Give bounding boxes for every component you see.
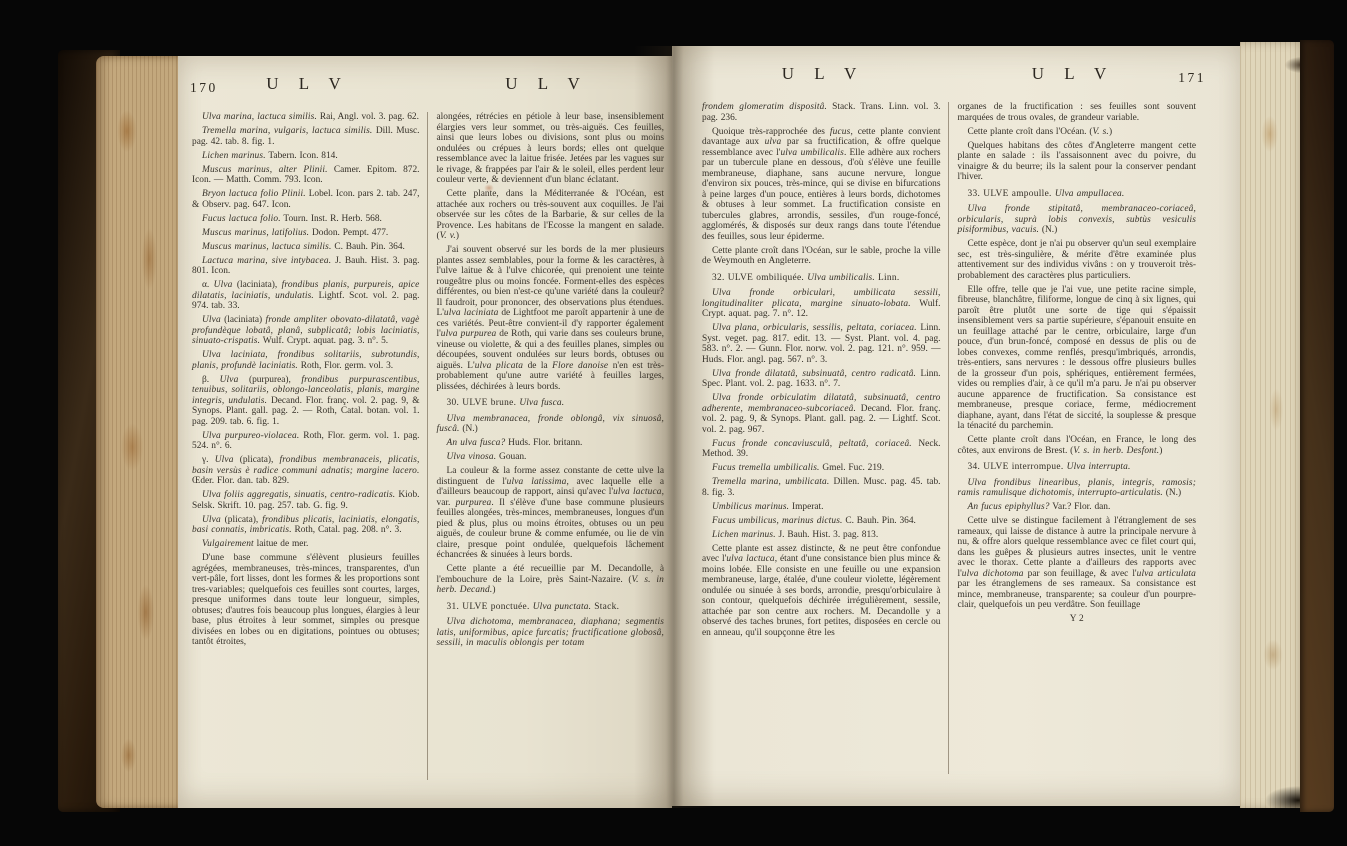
text-entry: Ulva laciniata, frondibus solitariis, su… (192, 350, 420, 371)
left-page: 170 U L V U L V Ulva marina, lactuca sim… (178, 56, 672, 808)
text-entry: Cette plante a été recueillie par M. Dec… (437, 564, 665, 596)
text-entry: Ulva frondibus linearibus, planis, integ… (958, 478, 1197, 499)
text-column: organes de la fructification : ses feuil… (948, 102, 1199, 774)
text-entry: organes de la fructification : ses feuil… (958, 102, 1197, 123)
text-entry: An fucus epiphyllus? Var.? Flor. dan. (958, 502, 1197, 513)
text-column: frondem glomeratim dispositâ. Stack. Tra… (698, 102, 948, 774)
text-entry: alongées, rétrécies en pétiole à leur ba… (437, 112, 665, 186)
running-title: U L V (427, 74, 666, 94)
right-page: 171 U L V U L V frondem glomeratim dispo… (672, 46, 1242, 806)
text-entry: Elle offre, telle que je l'ai vue, une p… (958, 285, 1197, 432)
text-entry: J'ai souvent observé sur les bords de la… (437, 245, 665, 392)
text-entry: Ulva foliis aggregatis, sinuatis, centro… (192, 490, 420, 511)
text-entry: Fucus tremella umbilicalis. Gmel. Fuc. 2… (702, 463, 941, 474)
text-entry: Y 2 (958, 614, 1197, 625)
right-page-header: 171 U L V U L V (672, 64, 1242, 98)
running-titles-right: U L V U L V (698, 64, 1198, 84)
text-entry: Ulva fronde stipitatâ, membranaceo-coria… (958, 204, 1197, 236)
text-entry: Ulva vinosa. Gouan. (437, 452, 665, 463)
text-entry: 32. ULVE ombiliquée. Ulva umbilicalis. L… (702, 273, 941, 284)
text-column: alongées, rétrécies en pétiole à leur ba… (427, 112, 667, 780)
text-entry: 30. ULVE brune. Ulva fusca. (437, 398, 665, 409)
left-page-fore-edge (96, 56, 182, 808)
text-entry: Ulva purpureo-violacea. Roth, Flor. germ… (192, 431, 420, 452)
text-entry: Cette ulve se distingue facilement à l'é… (958, 516, 1197, 611)
text-entry: Ulva dichotoma, membranacea, diaphana; s… (437, 617, 665, 649)
page-number-left: 170 (190, 80, 218, 96)
text-entry: Quelques habitans des côtes d'Angleterre… (958, 141, 1197, 183)
running-title: U L V (948, 64, 1198, 84)
text-entry: La couleur & la forme assez constante de… (437, 466, 665, 561)
left-page-body: Ulva marina, lactuca similis. Rai, Angl.… (188, 112, 666, 780)
text-entry: α. Ulva (laciniata), frondibus planis, p… (192, 280, 420, 312)
text-entry: Tremella marina, vulgaris, lactuca simil… (192, 126, 420, 147)
text-entry: Fucus umbilicus, marinus dictus. C. Bauh… (702, 516, 941, 527)
right-book-cover (1300, 40, 1334, 812)
text-entry: Lactuca marina, sive intybacea. J. Bauh.… (192, 256, 420, 277)
text-entry: 31. ULVE ponctuée. Ulva punctata. Stack. (437, 602, 665, 613)
text-entry: Ulva (plicata), frondibus plicatis, laci… (192, 515, 420, 536)
text-entry: Fucus fronde concaviusculâ, peltatâ, cor… (702, 439, 941, 460)
running-title: U L V (188, 74, 427, 94)
text-entry: 33. ULVE ampoulle. Ulva ampullacea. (958, 189, 1197, 200)
text-entry: Ulva marina, lactuca similis. Rai, Angl.… (192, 112, 420, 123)
text-entry: Cette plante est assez distincte, & ne p… (702, 544, 941, 639)
text-entry: Lichen marinus. J. Bauh. Hist. 3. pag. 8… (702, 530, 941, 541)
text-entry: Bryon lactuca folio Plinii. Lobel. Icon.… (192, 189, 420, 210)
text-entry: Cette plante croît dans l'Océan, en Fran… (958, 435, 1197, 456)
text-entry: γ. Ulva (plicata), frondibus membranacei… (192, 455, 420, 487)
text-entry: Cette plante croît dans l'Océan. (V. s.) (958, 127, 1197, 138)
right-page-body: frondem glomeratim dispositâ. Stack. Tra… (698, 102, 1198, 774)
page-number-right: 171 (1178, 70, 1206, 86)
text-entry: Umbilicus marinus. Imperat. (702, 502, 941, 513)
text-entry: Ulva fronde orbiculatim dilatatâ, subsin… (702, 393, 941, 435)
photo-background: 170 U L V U L V Ulva marina, lactuca sim… (0, 0, 1347, 846)
text-entry: Muscus marinus, latifolius. Dodon. Pempt… (192, 228, 420, 239)
text-entry: Tremella marina, umbilicata. Dillen. Mus… (702, 477, 941, 498)
text-entry: Cette plante, dans la Méditerranée & l'O… (437, 189, 665, 242)
running-titles-left: U L V U L V (188, 74, 666, 94)
text-entry: An ulva fusca? Huds. Flor. britann. (437, 438, 665, 449)
running-title: U L V (698, 64, 948, 84)
text-entry: Vulgairement laitue de mer. (192, 539, 420, 550)
foxing-stain (484, 184, 494, 192)
text-entry: Ulva fronde orbiculari, umbilicata sessi… (702, 288, 941, 320)
text-entry: β. Ulva (purpurea), frondibus purpurasce… (192, 375, 420, 428)
right-page-content: 171 U L V U L V frondem glomeratim dispo… (672, 46, 1242, 806)
text-entry: Fucus lactuca folio. Tourn. Inst. R. Her… (192, 214, 420, 225)
text-entry: 34. ULVE interrompue. Ulva interrupta. (958, 462, 1197, 473)
text-entry: Quoique très-rapprochée des fucus, cette… (702, 127, 941, 243)
left-page-header: 170 U L V U L V (178, 74, 672, 108)
text-entry: Ulva fronde dilatatâ, subsinuatâ, centro… (702, 369, 941, 390)
text-column: Ulva marina, lactuca similis. Rai, Angl.… (188, 112, 427, 780)
right-page-fore-edge (1240, 42, 1306, 808)
text-entry: D'une base commune s'élèvent plusieurs f… (192, 553, 420, 648)
text-entry: Muscus marinus, lactuca similis. C. Bauh… (192, 242, 420, 253)
text-entry: Ulva membranacea, fronde oblongâ, vix si… (437, 414, 665, 435)
text-entry: Muscus marinus, alter Plinii. Camer. Epi… (192, 165, 420, 186)
text-entry: Cette plante croît dans l'Océan, sur le … (702, 246, 941, 267)
text-entry: Lichen marinus. Tabern. Icon. 814. (192, 151, 420, 162)
text-entry: Ulva (laciniata) fronde ampliter obovato… (192, 315, 420, 347)
text-entry: Ulva plana, orbicularis, sessilis, pelta… (702, 323, 941, 365)
text-entry: Cette espèce, dont je n'ai pu observer q… (958, 239, 1197, 281)
text-entry: frondem glomeratim dispositâ. Stack. Tra… (702, 102, 941, 123)
left-page-content: 170 U L V U L V Ulva marina, lactuca sim… (178, 56, 672, 808)
